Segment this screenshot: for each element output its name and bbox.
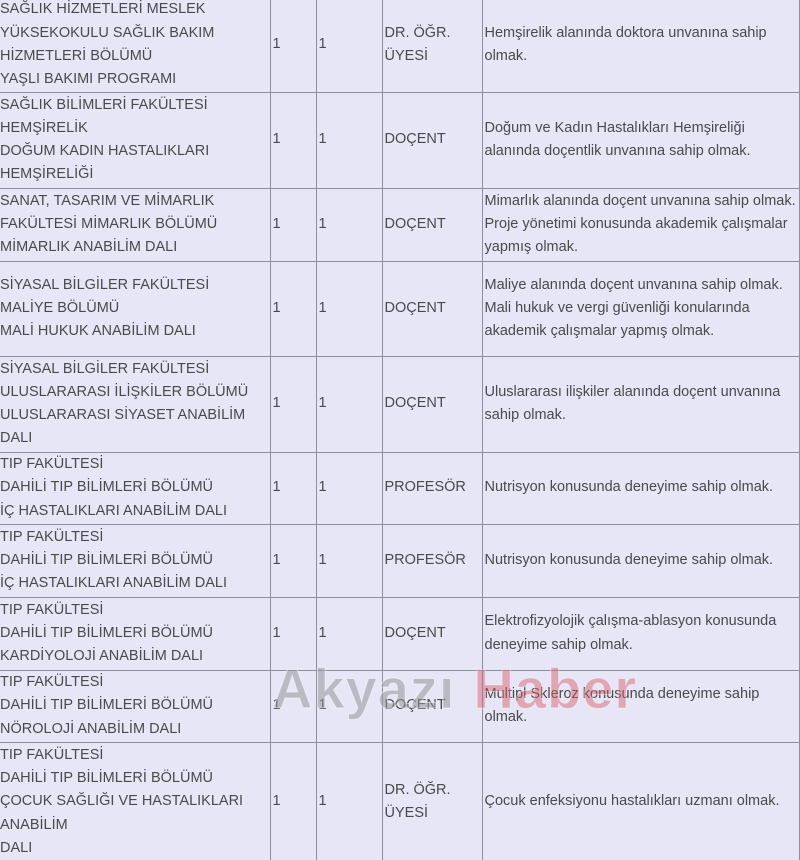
title-cell: DOÇENT <box>382 356 482 452</box>
unit-line: ULUSLARARASI SİYASET ANABİLİM <box>0 404 268 427</box>
count-cell-2: 1 <box>316 742 382 860</box>
count-cell-1: 1 <box>270 670 316 742</box>
unit-cell: SANAT, TASARIM VE MİMARLIKFAKÜLTESİ MİMA… <box>0 188 270 261</box>
unit-line: SİYASAL BİLGİLER FAKÜLTESİ <box>0 358 268 381</box>
unit-line: DAHİLİ TIP BİLİMLERİ BÖLÜMÜ <box>0 549 268 572</box>
requirement-cell: Doğum ve Kadın Hastalıkları Hemşireliği … <box>482 92 799 188</box>
count-cell-1: 1 <box>270 261 316 356</box>
unit-cell: TIP FAKÜLTESİDAHİLİ TIP BİLİMLERİ BÖLÜMÜ… <box>0 742 270 860</box>
unit-line: ANABİLİM <box>0 814 268 837</box>
title-line: DOÇENT <box>385 128 480 151</box>
unit-line: MİMARLIK ANABİLİM DALI <box>0 236 268 259</box>
title-line: DOÇENT <box>385 297 480 320</box>
unit-line: DAHİLİ TIP BİLİMLERİ BÖLÜMÜ <box>0 476 268 499</box>
unit-cell: SİYASAL BİLGİLER FAKÜLTESİMALİYE BÖLÜMÜM… <box>0 261 270 356</box>
title-cell: DOÇENT <box>382 670 482 742</box>
count-cell-1: 1 <box>270 597 316 670</box>
unit-line: HEMŞİRELİK <box>0 117 268 140</box>
table-row: TIP FAKÜLTESİDAHİLİ TIP BİLİMLERİ BÖLÜMÜ… <box>0 597 799 670</box>
requirement-cell: Hemşirelik alanında doktora unvanına sah… <box>482 0 799 92</box>
unit-cell: TIP FAKÜLTESİDAHİLİ TIP BİLİMLERİ BÖLÜMÜ… <box>0 670 270 742</box>
title-line: DR. ÖĞR. <box>385 779 480 802</box>
unit-line: YAŞLI BAKIMI PROGRAMI <box>0 68 268 91</box>
count-cell-2: 1 <box>316 188 382 261</box>
count-cell-2: 1 <box>316 356 382 452</box>
title-line: DOÇENT <box>385 622 480 645</box>
requirement-cell: Mimarlık alanında doçent unvanına sahip … <box>482 188 799 261</box>
count-cell-1: 1 <box>270 188 316 261</box>
unit-line: KARDİYOLOJİ ANABİLİM DALI <box>0 645 268 668</box>
title-line: PROFESÖR <box>385 476 480 499</box>
unit-line: DALI <box>0 837 268 860</box>
unit-cell: TIP FAKÜLTESİDAHİLİ TIP BİLİMLERİ BÖLÜMÜ… <box>0 597 270 670</box>
title-line: DOÇENT <box>385 213 480 236</box>
requirement-cell: Uluslararası ilişkiler alanında doçent u… <box>482 356 799 452</box>
unit-cell: SAĞLIK BİLİMLERİ FAKÜLTESİHEMŞİRELİKDOĞU… <box>0 92 270 188</box>
count-cell-2: 1 <box>316 261 382 356</box>
table-row: SAĞLIK BİLİMLERİ FAKÜLTESİHEMŞİRELİKDOĞU… <box>0 92 799 188</box>
unit-line: ULUSLARARASI İLİŞKİLER BÖLÜMÜ <box>0 381 268 404</box>
title-cell: DR. ÖĞR.ÜYESİ <box>382 0 482 92</box>
count-cell-1: 1 <box>270 92 316 188</box>
table-row: TIP FAKÜLTESİDAHİLİ TIP BİLİMLERİ BÖLÜMÜ… <box>0 524 799 597</box>
title-line: DOÇENT <box>385 392 480 415</box>
count-cell-2: 1 <box>316 92 382 188</box>
table-body: SAĞLIK HİZMETLERİ MESLEKYÜKSEKOKULU SAĞL… <box>0 0 799 860</box>
title-cell: DOÇENT <box>382 597 482 670</box>
unit-line: TIP FAKÜLTESİ <box>0 744 268 767</box>
unit-line: DAHİLİ TIP BİLİMLERİ BÖLÜMÜ <box>0 622 268 645</box>
requirement-cell: Elektrofizyolojik çalışma-ablasyon konus… <box>482 597 799 670</box>
count-cell-1: 1 <box>270 0 316 92</box>
unit-line: SAĞLIK HİZMETLERİ MESLEK <box>0 0 268 22</box>
unit-cell: TIP FAKÜLTESİDAHİLİ TIP BİLİMLERİ BÖLÜMÜ… <box>0 452 270 524</box>
unit-line: DOĞUM KADIN HASTALIKLARI <box>0 140 268 163</box>
unit-line: DAHİLİ TIP BİLİMLERİ BÖLÜMÜ <box>0 767 268 790</box>
table-row: TIP FAKÜLTESİDAHİLİ TIP BİLİMLERİ BÖLÜMÜ… <box>0 742 799 860</box>
unit-line: HEMŞİRELİĞİ <box>0 163 268 186</box>
table-row: SANAT, TASARIM VE MİMARLIKFAKÜLTESİ MİMA… <box>0 188 799 261</box>
faculty-positions-table: SAĞLIK HİZMETLERİ MESLEKYÜKSEKOKULU SAĞL… <box>0 0 800 860</box>
title-line: ÜYESİ <box>385 802 480 825</box>
unit-line: TIP FAKÜLTESİ <box>0 453 268 476</box>
unit-cell: TIP FAKÜLTESİDAHİLİ TIP BİLİMLERİ BÖLÜMÜ… <box>0 524 270 597</box>
unit-line: TIP FAKÜLTESİ <box>0 599 268 622</box>
unit-cell: SAĞLIK HİZMETLERİ MESLEKYÜKSEKOKULU SAĞL… <box>0 0 270 92</box>
title-cell: PROFESÖR <box>382 524 482 597</box>
count-cell-1: 1 <box>270 356 316 452</box>
table-row: TIP FAKÜLTESİDAHİLİ TIP BİLİMLERİ BÖLÜMÜ… <box>0 670 799 742</box>
count-cell-2: 1 <box>316 452 382 524</box>
unit-line: İÇ HASTALIKLARI ANABİLİM DALI <box>0 572 268 595</box>
unit-line: TIP FAKÜLTESİ <box>0 526 268 549</box>
table-row: TIP FAKÜLTESİDAHİLİ TIP BİLİMLERİ BÖLÜMÜ… <box>0 452 799 524</box>
unit-line: SİYASAL BİLGİLER FAKÜLTESİ <box>0 274 268 297</box>
unit-cell: SİYASAL BİLGİLER FAKÜLTESİULUSLARARASI İ… <box>0 356 270 452</box>
title-line: DR. ÖĞR. <box>385 22 480 45</box>
requirement-cell: Nutrisyon konusunda deneyime sahip olmak… <box>482 452 799 524</box>
title-line: ÜYESİ <box>385 45 480 68</box>
unit-line: MALİ HUKUK ANABİLİM DALI <box>0 320 268 343</box>
title-cell: DOÇENT <box>382 188 482 261</box>
unit-line: YÜKSEKOKULU SAĞLIK BAKIM <box>0 22 268 45</box>
unit-line: DALI <box>0 427 268 450</box>
title-cell: DR. ÖĞR.ÜYESİ <box>382 742 482 860</box>
title-cell: DOÇENT <box>382 261 482 356</box>
count-cell-1: 1 <box>270 452 316 524</box>
count-cell-2: 1 <box>316 597 382 670</box>
count-cell-1: 1 <box>270 742 316 860</box>
unit-line: ÇOCUK SAĞLIĞI VE HASTALIKLARI <box>0 790 268 813</box>
unit-line: TIP FAKÜLTESİ <box>0 671 268 694</box>
faculty-positions-table-container: SAĞLIK HİZMETLERİ MESLEKYÜKSEKOKULU SAĞL… <box>0 0 800 860</box>
requirement-cell: Multipl Skleroz konusunda deneyime sahip… <box>482 670 799 742</box>
unit-line: NÖROLOJİ ANABİLİM DALI <box>0 718 268 741</box>
unit-line: DAHİLİ TIP BİLİMLERİ BÖLÜMÜ <box>0 694 268 717</box>
table-row: SİYASAL BİLGİLER FAKÜLTESİULUSLARARASI İ… <box>0 356 799 452</box>
table-row: SAĞLIK HİZMETLERİ MESLEKYÜKSEKOKULU SAĞL… <box>0 0 799 92</box>
unit-line: MALİYE BÖLÜMÜ <box>0 297 268 320</box>
unit-line: FAKÜLTESİ MİMARLIK BÖLÜMÜ <box>0 213 268 236</box>
title-line: PROFESÖR <box>385 549 480 572</box>
unit-line: İÇ HASTALIKLARI ANABİLİM DALI <box>0 500 268 523</box>
table-row: SİYASAL BİLGİLER FAKÜLTESİMALİYE BÖLÜMÜM… <box>0 261 799 356</box>
requirement-cell: Maliye alanında doçent unvanına sahip ol… <box>482 261 799 356</box>
unit-line: HİZMETLERİ BÖLÜMÜ <box>0 45 268 68</box>
requirement-cell: Nutrisyon konusunda deneyime sahip olmak… <box>482 524 799 597</box>
title-line: DOÇENT <box>385 694 480 717</box>
count-cell-1: 1 <box>270 524 316 597</box>
unit-line: SANAT, TASARIM VE MİMARLIK <box>0 190 268 213</box>
requirement-cell: Çocuk enfeksiyonu hastalıkları uzmanı ol… <box>482 742 799 860</box>
title-cell: DOÇENT <box>382 92 482 188</box>
title-cell: PROFESÖR <box>382 452 482 524</box>
unit-line: SAĞLIK BİLİMLERİ FAKÜLTESİ <box>0 94 268 117</box>
count-cell-2: 1 <box>316 670 382 742</box>
count-cell-2: 1 <box>316 524 382 597</box>
count-cell-2: 1 <box>316 0 382 92</box>
